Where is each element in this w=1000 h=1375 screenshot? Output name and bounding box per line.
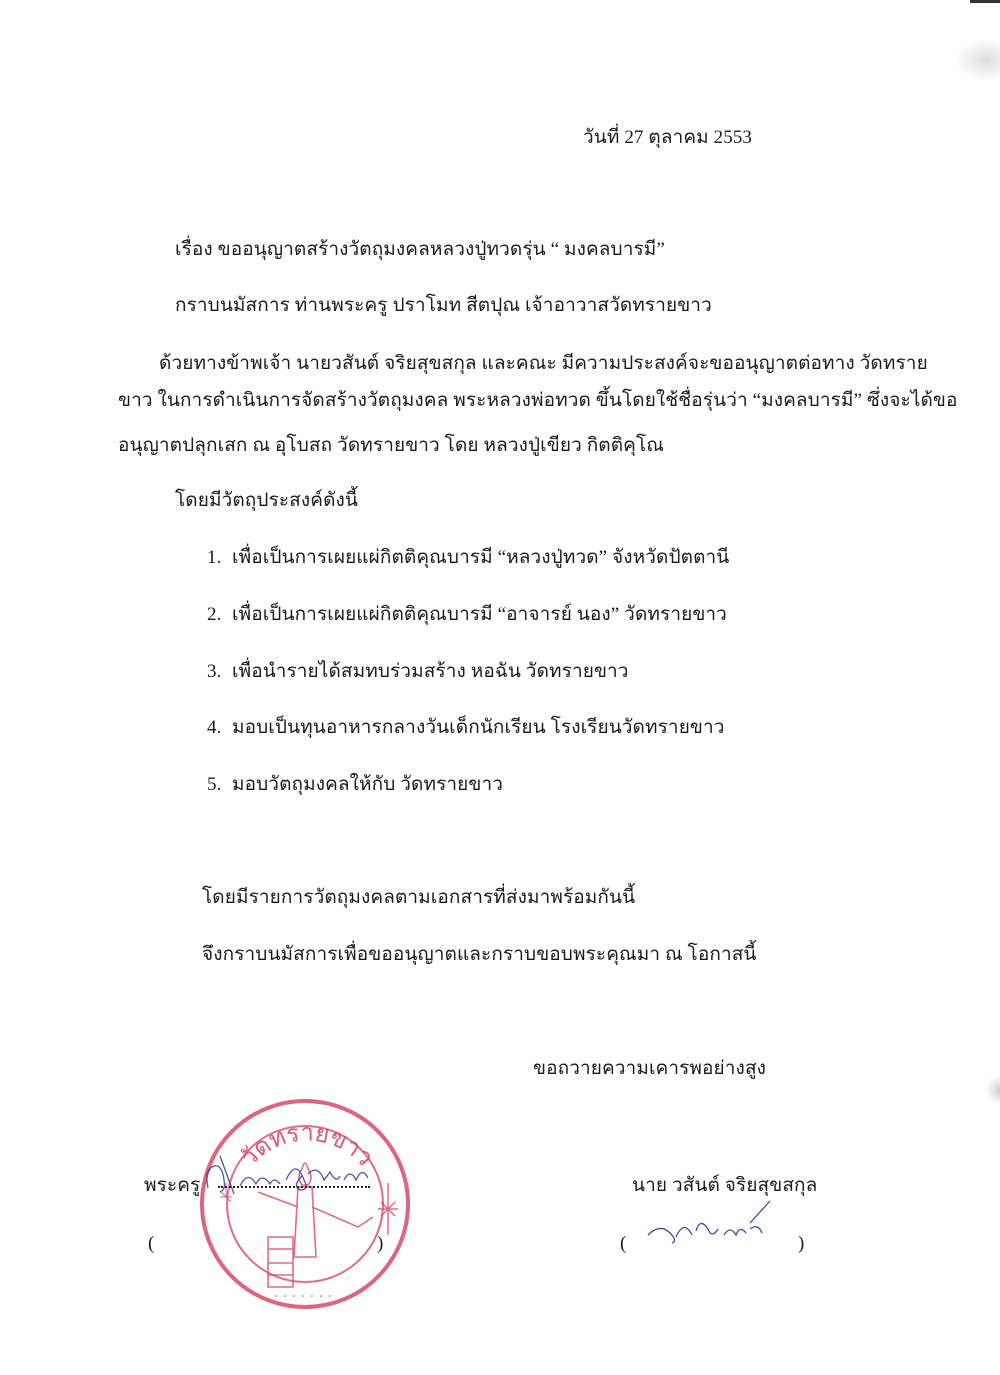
svg-text:· · · · · · ·: · · · · · · · <box>274 1289 332 1305</box>
right-paren-open: ( <box>620 1232 626 1256</box>
scanned-letter-page: วันที่ 27 ตุลาคม 2553 เรื่อง ขออนุญาตสร้… <box>0 0 1000 1375</box>
temple-seal-stamp: วัดทรายขาว · · · · · · · <box>198 1097 412 1311</box>
objective-text: เพื่อเป็นการเผยแผ่กิตติคุณบารมี “อาจารย์… <box>232 603 727 627</box>
objective-number: 1. <box>207 546 221 570</box>
objectives-intro: โดยมีวัตถุประสงค์ดังนี้ <box>175 489 358 513</box>
objective-number: 5. <box>207 773 221 797</box>
objective-text: เพื่อเป็นการเผยแผ่กิตติคุณบารมี “หลวงปู่… <box>232 546 729 570</box>
right-paren-close: ) <box>798 1232 804 1256</box>
closing-phrase: ขอถวายความเคารพอย่างสูง <box>533 1057 766 1081</box>
objective-number: 2. <box>207 603 221 627</box>
date-line: วันที่ 27 ตุลาคม 2553 <box>583 126 752 150</box>
left-paren-open: ( <box>148 1232 154 1256</box>
objective-number: 3. <box>207 660 221 684</box>
objective-text: เพื่อนำรายได้สมทบร่วมสร้าง หอฉัน วัดทราย… <box>232 660 629 684</box>
scan-smudge <box>986 1075 1000 1105</box>
body-paragraph-line: อนุญาตปลุกเสก ณ อุโบสถ วัดทรายขาว โดย หล… <box>118 434 664 458</box>
objective-text: มอบวัตถุมงคลให้กับ วัดทรายขาว <box>232 773 503 797</box>
handwritten-signature-right <box>640 1195 790 1255</box>
left-paren-close: ) <box>377 1232 383 1256</box>
objective-text: มอบเป็นทุนอาหารกลางวันเด็กนักเรียน โรงเร… <box>232 716 725 740</box>
subject-line: เรื่อง ขออนุญาตสร้างวัตถุมงคลหลวงปู่ทวดร… <box>175 238 665 262</box>
body-paragraph-line: ด้วยทางข้าพเจ้า นายวสันต์ จริยสุขสกุล แล… <box>159 352 928 376</box>
salutation-line: กราบนมัสการ ท่านพระครู ปราโมท สีตปุณ เจ้… <box>175 294 712 318</box>
body-paragraph-line: ขาว ในการดำเนินการจัดสร้างวัตถุมงคล พระห… <box>118 389 958 413</box>
scan-edge-mark <box>970 0 1000 3</box>
objective-number: 4. <box>207 716 221 740</box>
scan-smudge <box>955 40 1000 80</box>
attachment-note: โดยมีรายการวัตถุมงคลตามเอกสารที่ส่งมาพร้… <box>202 886 635 910</box>
closing-request: จึงกราบนมัสการเพื่อขออนุญาตและกราบขอบพระ… <box>202 943 757 967</box>
left-signatory-title: พระครู <box>144 1174 200 1198</box>
handwritten-signature-left <box>200 1150 380 1200</box>
